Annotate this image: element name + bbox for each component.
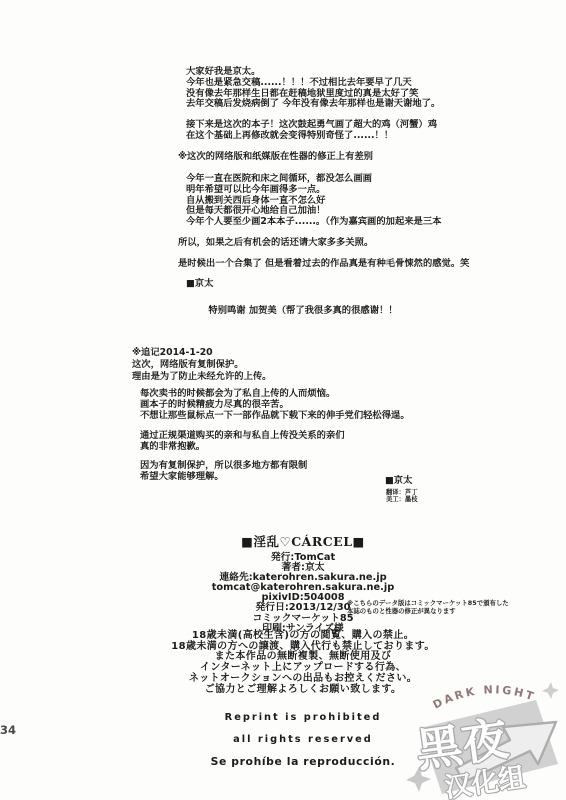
text-line: 画本子的时候精疲力尽真的很辛苦。 [140, 400, 410, 411]
afterword-paragraph-5: 是时候出一个合集了 但是看着过去的作品真是有种毛骨悚然的感觉。笑 [178, 259, 469, 270]
page-number: 34 [0, 723, 16, 737]
postscript-paragraph-2: 每次卖书的时候都会为了私自上传的人而烦恼。画本子的时候精疲力尽真的很辛苦。不想让… [140, 389, 410, 421]
darknight-group-watermark: DARK NIGHT 黑夜 汉化组 [406, 674, 566, 800]
text-line: 本誌のものと性器の修正が異なります [347, 608, 509, 616]
text-line: 明年希望可以比今年画得多一点。 [186, 185, 441, 196]
version-difference-note: ※这次的网络版和纸媒版在性器的修正上有差别 [178, 152, 373, 163]
text-line: 今年也是紧急交稿......！！！不过相比去年要早了几天 [186, 78, 440, 89]
colophon: ■淫乱♡CÁRCEL■ 発行:TomCat著者:京太連絡先:katerohren… [40, 532, 566, 634]
text-line: 真的非常抱歉。 [140, 442, 345, 453]
afterword-paragraph-3: 今年一直在医院和床之间循环，都没怎么画画明年希望可以比今年画得多一点。自从搬到关… [186, 174, 441, 228]
text-line: 这次，网络版有复制保护。 [132, 359, 271, 371]
text-line: 美工：墨枝 [386, 496, 417, 503]
colophon-lines: 発行:TomCat著者:京太連絡先:katerohren.sakura.ne.j… [40, 553, 566, 634]
text-line: 理由是为了防止未经允许的上传。 [132, 371, 271, 383]
special-thanks-line: 特别鸣谢 加贺美（帮了我很多真的很感谢！！ [40, 306, 566, 317]
text-line: 去年交稿后发烧病倒了 今年没有像去年那样也是谢天谢地了。 [186, 99, 440, 110]
translation-credits: 翻译：芦丁美工：墨枝 [386, 489, 417, 503]
text-line: ※追记2014-1-20 [132, 347, 271, 359]
postscript-paragraph-1: ※追记2014-1-20这次，网络版有复制保护。理由是为了防止未经允许的上传。 [132, 347, 271, 383]
data-version-side-note: ※こちらのデータ版はコミックマーケット85で頒布した本誌のものと性器の修正が異な… [347, 600, 509, 615]
book-title: ■淫乱♡CÁRCEL■ [40, 532, 566, 550]
postscript-paragraph-4: 因为有复制保护，所以很多地方都有限制希望大家能够理解。 [140, 461, 307, 483]
sparkle-icon [542, 682, 559, 699]
afterword-paragraph-2: 接下来是这次的本子！这次鼓起勇气画了超大的鸡（河蟹）鸡在这个基础上再修改就会变得… [186, 120, 437, 142]
author-signature-2: ■京太 [385, 476, 412, 487]
text-line: 希望大家能够理解。 [140, 472, 307, 483]
text-line: 今年个人要至少画2本本子......。（作为嘉宾画的加起来是三本 [186, 217, 441, 228]
postscript-paragraph-3: 通过正规渠道购买的亲和与私自上传没关系的亲们真的非常抱歉。 [140, 431, 345, 453]
doujin-afterword-page: 大家好我是京太。今年也是紧急交稿......！！！不过相比去年要早了几天没有像去… [0, 0, 566, 800]
text-line: 在这个基础上再修改就会变得特别奇怪了......！！ [186, 131, 437, 142]
afterword-paragraph-4: 所以，如果之后有机会的话还请大家多多关照。 [178, 238, 373, 249]
afterword-paragraph-1: 大家好我是京太。今年也是紧急交稿......！！！不过相比去年要早了几天没有像去… [186, 67, 440, 110]
text-line: 不想让那些鼠标点一下一部作品就下载下来的伸手党们轻松得逞。 [140, 411, 410, 422]
author-signature: ■京太 [186, 279, 213, 290]
